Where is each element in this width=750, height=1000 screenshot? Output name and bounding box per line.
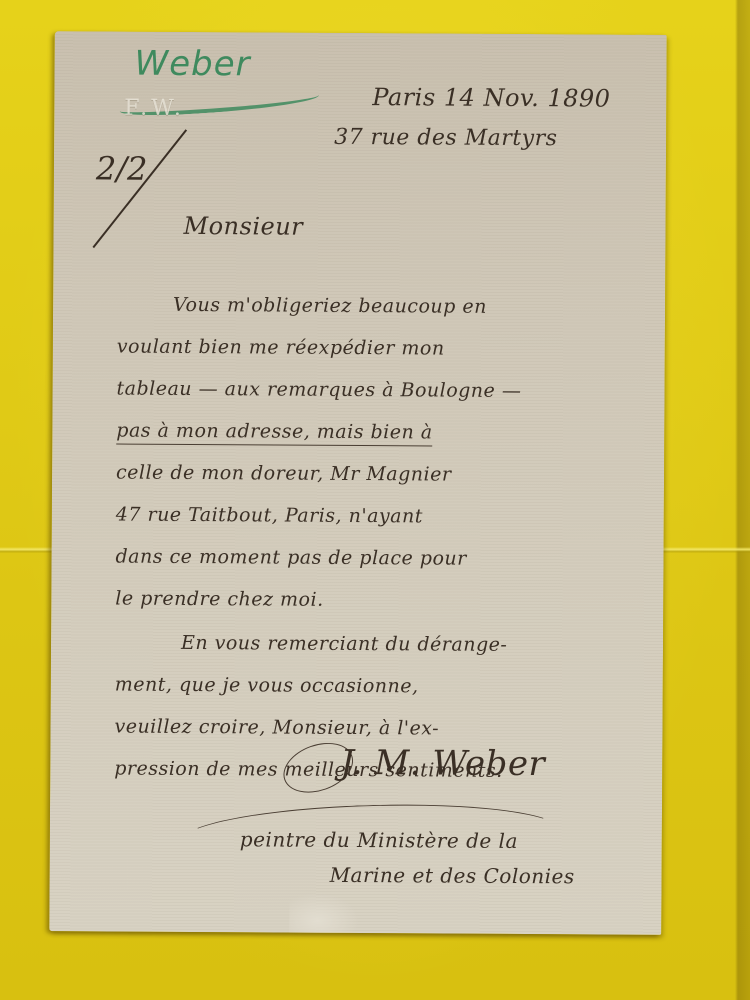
title-line: Marine et des Colonies: [330, 863, 575, 888]
body-line: Vous m'obligeriez beaucoup en: [173, 294, 487, 318]
body-line: le prendre chez moi.: [115, 588, 323, 611]
body-line: pas à mon adresse, mais bien à: [116, 420, 432, 447]
crayon-annotation-name: Weber: [134, 44, 250, 85]
body-line: ment, que je vous occasionne,: [115, 674, 419, 698]
body-line: dans ce moment pas de place pour: [115, 546, 466, 570]
body-line: veuillez croire, Monsieur, à l'ex-: [114, 716, 439, 740]
signature: J. M. Weber: [340, 743, 545, 784]
body-line: voulant bien me réexpédier mon: [117, 336, 445, 360]
paper-tear: [289, 893, 359, 933]
body-line: celle de mon doreur, Mr Magnier: [116, 462, 452, 486]
body-line: En vous remerciant du dérange-: [181, 632, 507, 656]
letter-sheet: Weber F.W. 2/2 Paris 14 Nov. 1890 37 rue…: [49, 31, 666, 935]
address-line: 37 rue des Martyrs: [334, 125, 557, 151]
salutation: Monsieur: [183, 212, 303, 241]
title-line: peintre du Ministère de la: [240, 827, 518, 853]
body-line: 47 rue Taitbout, Paris, n'ayant: [116, 504, 423, 528]
body-line: tableau — aux remarques à Boulogne —: [117, 378, 522, 402]
folio-number: 2/2: [96, 149, 148, 187]
date-line: Paris 14 Nov. 1890: [372, 83, 610, 112]
folio-slash-stroke: [92, 129, 187, 248]
blind-stamp: F.W.: [124, 96, 185, 121]
